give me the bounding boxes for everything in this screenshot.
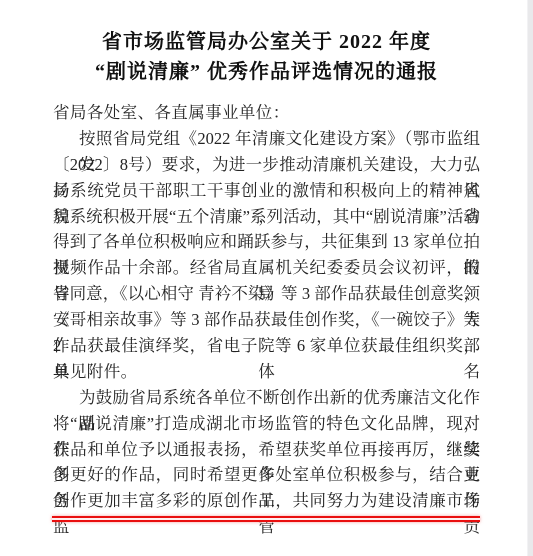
body-line: 〔2022〕8号）要求，为进一步推动清廉机关建设，大力弘扬省 bbox=[53, 152, 480, 178]
document-title: 省市场监管局办公室关于 2022 年度 “剧说清廉” 优秀作品评选情况的通报 bbox=[53, 27, 480, 87]
title-line-2: “剧说清廉” 优秀作品评选情况的通报 bbox=[53, 57, 480, 87]
page-right-edge bbox=[527, 0, 533, 556]
body-line: 局系统党员干部职工干事创业的激情和积极向上的精神风貌，省 bbox=[53, 178, 480, 204]
body-line: 安哥相亲故事》等 3 部作品获最佳创作奖，《一碗饺子》等 2 部 bbox=[53, 307, 480, 333]
body-line: 作品获最佳演绎奖，省电子院等 6 家单位获最佳组织奖，具体名 bbox=[53, 333, 480, 359]
document-body: 省局各处室、各直属事业单位： 按照省局党组《2022 年清廉文化建设方案》（鄂市… bbox=[53, 100, 480, 514]
body-line: 视频作品十余部。经省局直属机关纪委委员会议初评，报省局领 bbox=[53, 255, 480, 281]
body-line: 局系统积极开展“五个清廉”系列活动，其中“剧说清廉”活动 bbox=[53, 204, 480, 230]
body-line: 导同意，《以心相守 青衿不染》等 3 部作品获最佳创意奖，《大 bbox=[53, 281, 480, 307]
salutation-line: 省局各处室、各直属事业单位： bbox=[53, 100, 480, 126]
title-line-1: 省市场监管局办公室关于 2022 年度 bbox=[53, 27, 480, 57]
document-content: 省市场监管局办公室关于 2022 年度 “剧说清廉” 优秀作品评选情况的通报 省… bbox=[0, 0, 527, 514]
body-line: 作品和单位予以通报表扬，希望获奖单位再接再厉，继续创作更 bbox=[53, 437, 480, 463]
body-line: 得到了各单位积极响应和踊跃参与，共征集到 13 家单位拍摄的 bbox=[53, 229, 480, 255]
red-underline-annotation bbox=[52, 516, 480, 522]
body-line: 为鼓励省局系统各单位不断创作出新的优秀廉洁文化作品， bbox=[53, 385, 480, 411]
body-line: 将“剧说清廉”打造成湖北市场监管的特色文化品牌，现对获奖 bbox=[53, 411, 480, 437]
body-line: 多更好的作品，同时希望更多处室单位积极参与，结合业务工作 bbox=[53, 462, 480, 488]
document-page: 省市场监管局办公室关于 2022 年度 “剧说清廉” 优秀作品评选情况的通报 省… bbox=[0, 0, 533, 556]
body-line: 按照省局党组《2022 年清廉文化建设方案》（鄂市监组发 bbox=[53, 126, 480, 152]
body-line: 创作更加丰富多彩的原创作品，共同努力为建设清廉市场监管贡 bbox=[53, 488, 480, 514]
